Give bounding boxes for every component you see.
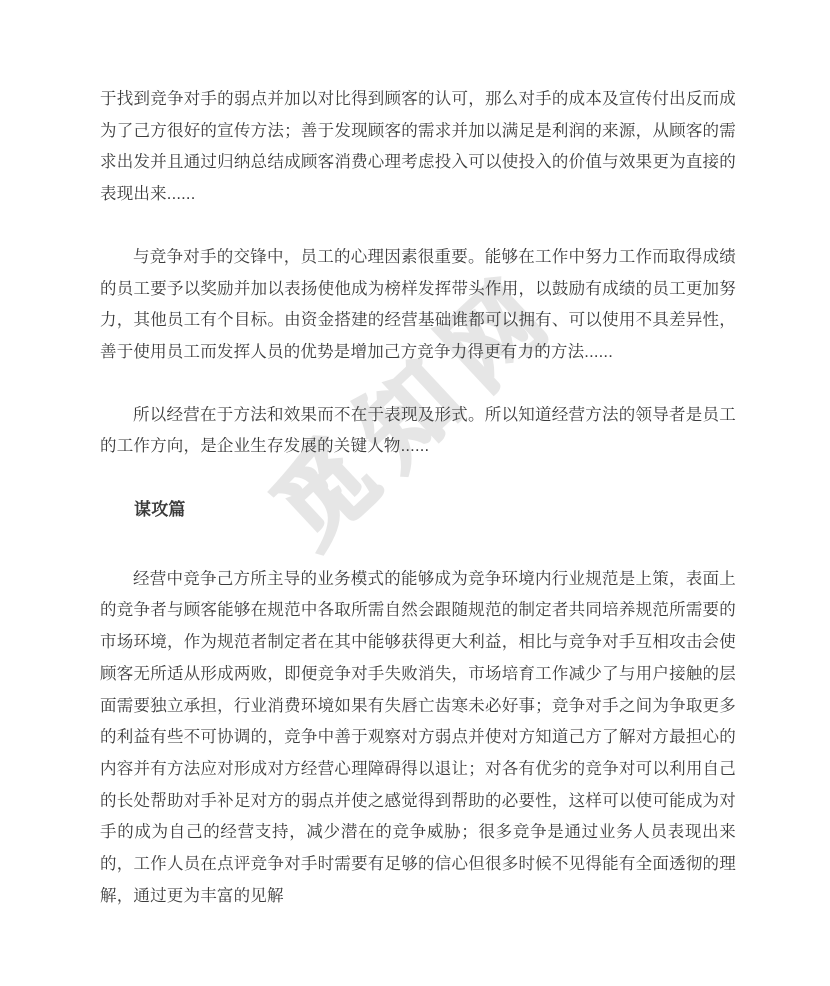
document-content: 于找到竞争对手的弱点并加以对比得到顾客的认可，那么对手的成本及宣传付出反而成为了… <box>100 84 736 943</box>
document-page: 觅知网 于找到竞争对手的弱点并加以对比得到顾客的认可，那么对手的成本及宣传付出反… <box>0 0 830 986</box>
paragraph: 与竞争对手的交锋中，员工的心理因素很重要。能够在工作中努力工作而取得成绩的员工要… <box>100 242 736 369</box>
paragraph: 经营中竞争己方所主导的业务模式的能够成为竞争环境内行业规范是上策，表面上的竞争者… <box>100 564 736 913</box>
paragraph: 所以经营在于方法和效果而不在于表现及形式。所以知道经营方法的领导者是员工的工作方… <box>100 400 736 463</box>
paragraph: 于找到竞争对手的弱点并加以对比得到顾客的认可，那么对手的成本及宣传付出反而成为了… <box>100 84 736 211</box>
section-heading: 谋攻篇 <box>100 494 736 526</box>
